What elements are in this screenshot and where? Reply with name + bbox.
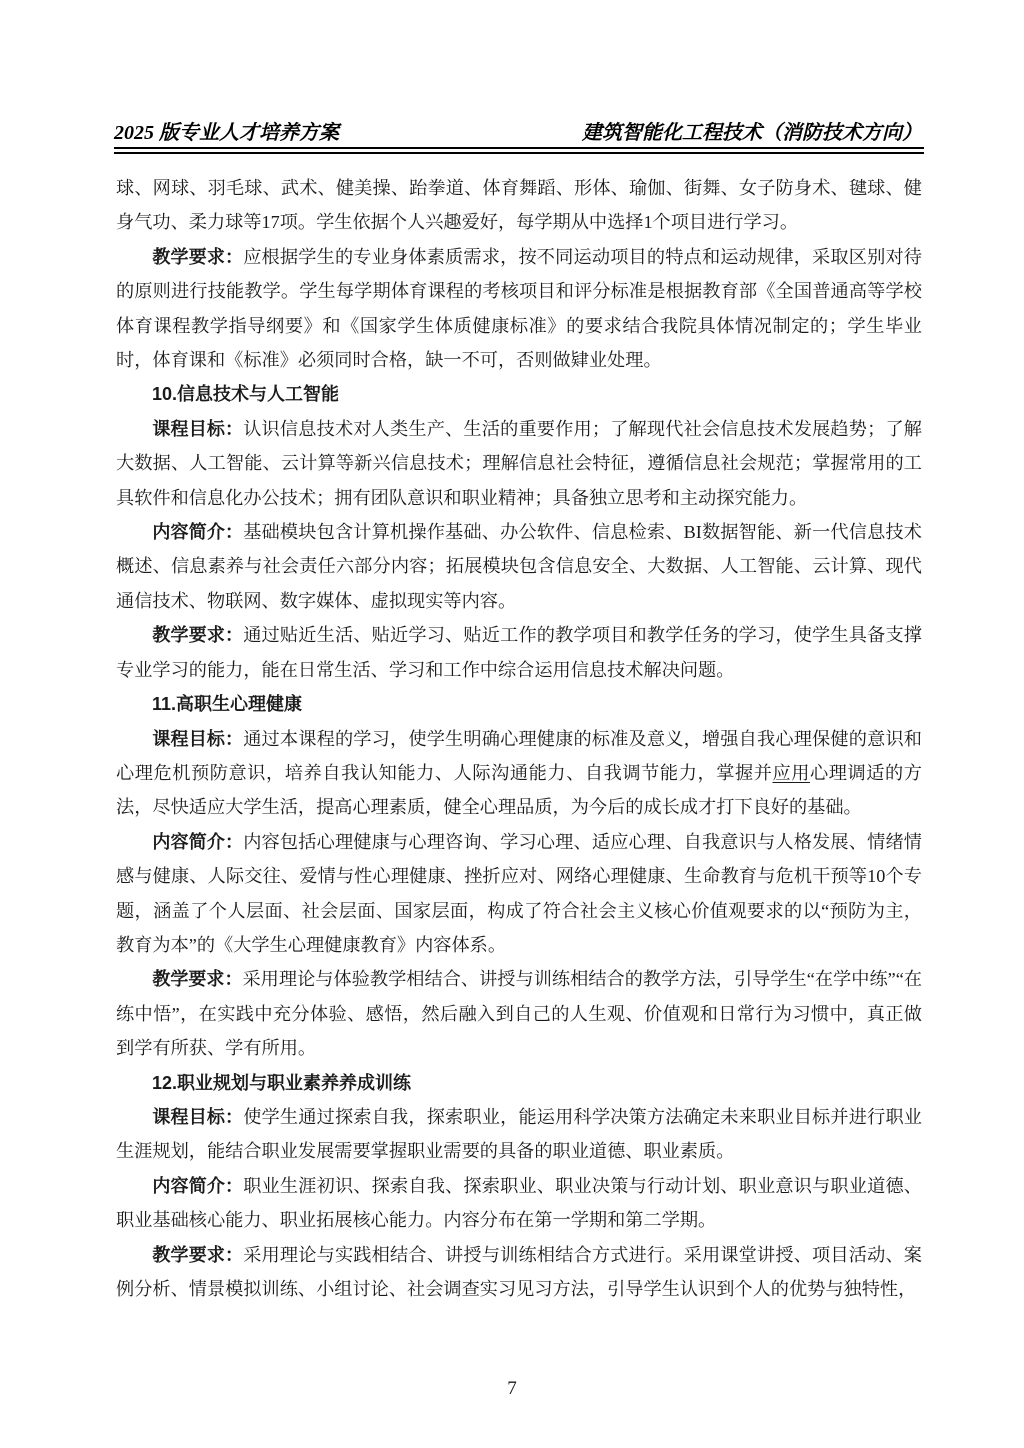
paragraph-text: 12.职业规划与职业素养养成训练 <box>152 1073 411 1093</box>
paragraph: 内容简介：基础模块包含计算机操作基础、办公软件、信息检索、BI数据智能、新一代信… <box>116 515 922 618</box>
paragraph-label: 教学要求： <box>152 969 242 989</box>
header-right-title: 建筑智能化工程技术（消防技术方向） <box>582 116 922 145</box>
header-left-title: 2025 版专业人才培养方案 <box>114 116 339 145</box>
page-number: 7 <box>507 1378 517 1399</box>
paragraph: 课程目标：通过本课程的学习，使学生明确心理健康的标准及意义，增强自我心理保健的意… <box>116 722 922 825</box>
paragraph: 内容简介：内容包括心理健康与心理咨询、学习心理、适应心理、自我意识与人格发展、情… <box>116 825 922 963</box>
underlined-text: 应用 <box>772 763 810 783</box>
section-heading: 10.信息技术与人工智能 <box>116 377 922 411</box>
paragraph: 球、网球、羽毛球、武术、健美操、跆拳道、体育舞蹈、形体、瑜伽、街舞、女子防身术、… <box>116 171 922 240</box>
page-header: 2025 版专业人才培养方案 建筑智能化工程技术（消防技术方向） <box>114 116 922 145</box>
paragraph-label: 课程目标： <box>152 729 243 749</box>
paragraph: 教学要求：采用理论与体验教学相结合、讲授与训练相结合的教学方法，引导学生“在学中… <box>116 962 922 1065</box>
section-heading: 11.高职生心理健康 <box>116 687 922 721</box>
paragraph-label: 教学要求： <box>152 247 243 267</box>
paragraph-text: 11.高职生心理健康 <box>152 694 302 714</box>
paragraph: 教学要求：采用理论与实践相结合、讲授与训练相结合方式进行。采用课堂讲授、项目活动… <box>116 1238 922 1307</box>
paragraph: 教学要求：应根据学生的专业身体素质需求，按不同运动项目的特点和运动规律，采取区别… <box>116 240 922 378</box>
paragraph-label: 教学要求： <box>152 625 243 645</box>
paragraph-text: 10.信息技术与人工智能 <box>152 384 339 404</box>
page-footer: 7 <box>0 1378 1024 1400</box>
section-heading: 12.职业规划与职业素养养成训练 <box>116 1066 922 1100</box>
paragraph-label: 教学要求： <box>152 1245 243 1265</box>
paragraph-text: 球、网球、羽毛球、武术、健美操、跆拳道、体育舞蹈、形体、瑜伽、街舞、女子防身术、… <box>116 178 922 232</box>
paragraph: 教学要求：通过贴近生活、贴近学习、贴近工作的教学项目和教学任务的学习，使学生具备… <box>116 618 922 687</box>
paragraph-label: 课程目标： <box>152 1107 243 1127</box>
paragraph-label: 课程目标： <box>152 419 243 439</box>
paragraph-label: 内容简介： <box>152 832 243 852</box>
paragraph: 课程目标：认识信息技术对人类生产、生活的重要作用；了解现代社会信息技术发展趋势；… <box>116 412 922 515</box>
document-body: 球、网球、羽毛球、武术、健美操、跆拳道、体育舞蹈、形体、瑜伽、街舞、女子防身术、… <box>116 171 922 1306</box>
paragraph: 内容简介：职业生涯初识、探索自我、探索职业、职业决策与行动计划、职业意识与职业道… <box>116 1169 922 1238</box>
document-page: 2025 版专业人才培养方案 建筑智能化工程技术（消防技术方向） 球、网球、羽毛… <box>0 0 1024 1448</box>
paragraph-label: 内容简介： <box>152 522 243 542</box>
paragraph: 课程目标：使学生通过探索自我，探索职业，能运用科学决策方法确定未来职业目标并进行… <box>116 1100 922 1169</box>
paragraph-label: 内容简介： <box>152 1176 243 1196</box>
header-rule <box>114 147 924 154</box>
